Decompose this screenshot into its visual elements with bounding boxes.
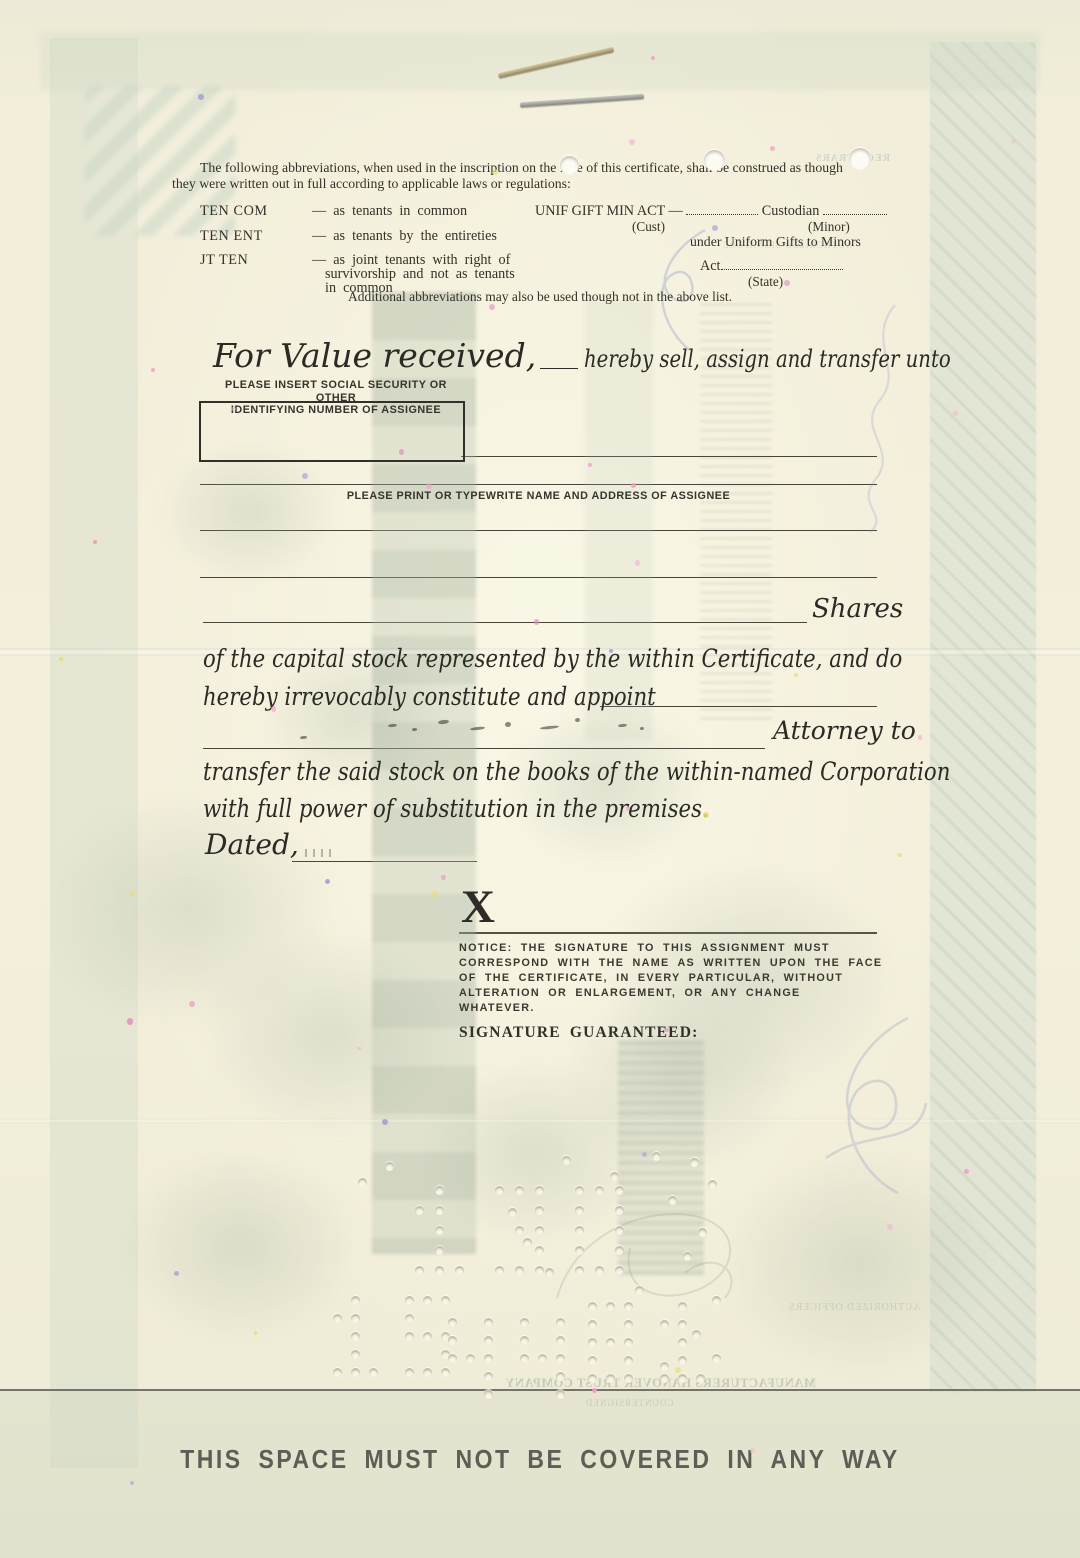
punch-hole xyxy=(405,1296,414,1305)
unif-cust-label: (Cust) xyxy=(632,219,665,235)
punch-hole xyxy=(495,1266,504,1275)
punch-hole xyxy=(698,1228,707,1237)
ink-smudge-speck xyxy=(412,728,417,731)
transfer-unto-text: hereby sell, assign and transfer unto xyxy=(584,345,951,373)
confetti-dot xyxy=(302,473,308,479)
stock-certificate-back: REGISTRARS AUTHORIZED SIGNATURE MANUFACT… xyxy=(0,0,1080,1558)
ghost-signature-lower-right xyxy=(808,1008,933,1203)
punch-hole xyxy=(575,1186,584,1195)
ink-smudge-speck xyxy=(505,722,511,728)
punch-hole xyxy=(351,1332,360,1341)
punch-hole xyxy=(588,1356,597,1365)
ghost-vignette-blob xyxy=(720,1150,1000,1374)
punch-hole xyxy=(556,1372,565,1381)
punch-hole xyxy=(556,1390,565,1399)
punch-hole xyxy=(520,1318,529,1327)
punch-hole xyxy=(455,1266,464,1275)
signature-fill-line xyxy=(459,932,877,934)
punch-hole xyxy=(624,1320,633,1329)
confetti-dot xyxy=(254,1331,258,1335)
punch-hole xyxy=(484,1354,493,1363)
punch-hole xyxy=(435,1266,444,1275)
attorney-to-word: Attorney to xyxy=(773,716,916,745)
punch-hole xyxy=(575,1246,584,1255)
confetti-dot xyxy=(642,1152,647,1157)
capital-stock-text: of the capital stock represented by the … xyxy=(203,644,902,673)
punch-hole xyxy=(606,1302,615,1311)
punch-hole xyxy=(606,1374,615,1383)
punch-hole xyxy=(678,1356,687,1365)
punch-hole xyxy=(535,1186,544,1195)
unif-under-label: under Uniform Gifts to Minors xyxy=(690,234,861,250)
punch-hole xyxy=(535,1266,544,1275)
punch-hole xyxy=(575,1206,584,1215)
attorney-to-text: Attorney to xyxy=(773,716,916,745)
confetti-dot xyxy=(534,619,540,625)
confetti-dot xyxy=(953,411,958,416)
punch-hole xyxy=(624,1356,633,1365)
punch-hole xyxy=(351,1296,360,1305)
punch-hole xyxy=(660,1374,669,1383)
footer-notice: THIS SPACE MUST NOT BE COVERED IN ANY WA… xyxy=(0,1444,1080,1474)
punch-hole xyxy=(678,1302,687,1311)
punch-hole xyxy=(441,1368,450,1377)
punch-hole xyxy=(435,1186,444,1195)
punch-hole xyxy=(448,1336,457,1345)
punch-hole xyxy=(624,1302,633,1311)
punch-hole xyxy=(448,1318,457,1327)
confetti-dot xyxy=(770,146,775,151)
punch-hole xyxy=(484,1390,493,1399)
ghost-block-lower xyxy=(618,1040,704,1275)
punch-hole xyxy=(484,1318,493,1327)
punch-hole xyxy=(704,150,725,171)
ink-smudge-speck xyxy=(388,724,397,728)
unif-act-row: Act xyxy=(700,258,843,275)
appoint-line: hereby irrevocably constitute and appoin… xyxy=(203,682,736,711)
confetti-dot xyxy=(664,1028,668,1032)
confetti-dot xyxy=(174,1271,179,1276)
ghost-vignette-blob xyxy=(40,790,340,1030)
abbrev-ten-com-def: — as tenants in common xyxy=(312,203,467,220)
unif-minor-label: (Minor) xyxy=(808,219,850,235)
punch-hole xyxy=(849,148,871,170)
confetti-dot xyxy=(750,1448,754,1452)
for-value-received-text: For Value received, xyxy=(213,336,536,375)
punch-hole xyxy=(435,1206,444,1215)
punch-hole xyxy=(560,156,579,175)
ink-smudge-speck xyxy=(540,725,559,730)
punch-hole xyxy=(351,1350,360,1359)
punch-hole xyxy=(535,1206,544,1215)
punch-hole xyxy=(690,1158,699,1167)
ghost-authorized-officers-text: AUTHORIZED OFFICERS xyxy=(788,1302,921,1313)
punch-hole xyxy=(535,1226,544,1235)
confetti-dot xyxy=(189,1001,195,1007)
ink-smudge-speck xyxy=(575,718,580,723)
abbrev-ten-ent: TEN ENT xyxy=(200,228,263,245)
punch-hole xyxy=(385,1162,394,1171)
punch-hole xyxy=(624,1374,633,1383)
confetti-dot xyxy=(231,407,236,412)
punch-hole xyxy=(678,1374,687,1383)
abbrev-jt-ten: JT TEN xyxy=(200,252,248,269)
punch-hole xyxy=(595,1186,604,1195)
fold-crease-2 xyxy=(0,1118,1080,1124)
punch-hole xyxy=(556,1354,565,1363)
ssn-entry-box xyxy=(199,401,465,462)
punch-hole xyxy=(508,1208,517,1217)
punch-hole xyxy=(423,1332,432,1341)
confetti-dot xyxy=(489,304,495,310)
punch-hole xyxy=(615,1266,624,1275)
confetti-dot xyxy=(426,483,432,489)
punch-hole xyxy=(520,1354,529,1363)
confetti-dot xyxy=(432,891,438,897)
punch-hole xyxy=(405,1332,414,1341)
punch-hole xyxy=(333,1368,342,1377)
staple-top xyxy=(498,47,614,78)
confetti-dot xyxy=(441,875,445,879)
attorney-fill-line xyxy=(203,748,765,749)
confetti-dot xyxy=(675,1367,681,1373)
ghost-vignette-blob xyxy=(200,930,460,1138)
unif-act-label: Act xyxy=(700,258,721,274)
staple-bottom xyxy=(520,94,644,107)
punch-hole xyxy=(615,1186,624,1195)
punch-hole xyxy=(423,1368,432,1377)
punch-hole xyxy=(708,1180,717,1189)
left-edge-ghost-border xyxy=(50,38,138,1468)
unif-gift-row: UNIF GIFT MIN ACT — Custodian xyxy=(535,203,887,220)
punch-hole xyxy=(495,1186,504,1195)
punch-hole xyxy=(369,1368,378,1377)
punch-hole xyxy=(545,1268,554,1277)
punch-hole xyxy=(588,1338,597,1347)
transfer-books-text: transfer the said stock on the books of … xyxy=(203,757,950,786)
punch-hole xyxy=(484,1336,493,1345)
dated-faint-marks xyxy=(305,849,331,857)
punch-hole xyxy=(562,1156,571,1165)
ink-smudge-speck xyxy=(438,719,449,724)
substitution-text: with full power of substitution in the p… xyxy=(203,794,709,823)
punch-hole xyxy=(575,1266,584,1275)
punch-hole xyxy=(423,1296,432,1305)
confetti-dot xyxy=(198,94,204,100)
right-edge-ghost-border xyxy=(930,42,1036,1392)
punch-hole xyxy=(538,1354,547,1363)
confetti-dot xyxy=(357,1047,361,1051)
punch-hole xyxy=(515,1226,524,1235)
shares-text: Shares xyxy=(812,594,903,624)
punch-hole xyxy=(660,1362,669,1371)
punch-hole xyxy=(535,1246,544,1255)
punch-hole xyxy=(712,1354,721,1363)
dated-text: Dated, xyxy=(205,828,299,861)
punch-hole xyxy=(635,1286,644,1295)
abbreviations-intro: The following abbreviations, when used i… xyxy=(172,160,912,192)
confetti-dot xyxy=(588,463,592,467)
punch-hole xyxy=(606,1338,615,1347)
signature-guaranteed-label: SIGNATURE GUARANTEED: xyxy=(459,1024,698,1042)
punch-hole xyxy=(588,1320,597,1329)
confetti-dot xyxy=(59,657,63,661)
ink-smudge-speck xyxy=(470,726,485,731)
confetti-dot xyxy=(382,1119,388,1125)
ink-smudge-speck xyxy=(618,724,627,728)
confetti-dot xyxy=(897,853,901,857)
punch-hole xyxy=(466,1354,475,1363)
punch-hole xyxy=(624,1338,633,1347)
substitution-line: with full power of substitution in the p… xyxy=(203,794,798,823)
confetti-dot xyxy=(325,879,330,884)
punch-hole xyxy=(588,1374,597,1383)
ghost-vignette-blob xyxy=(120,1150,360,1342)
punch-hole xyxy=(556,1336,565,1345)
confetti-dot xyxy=(918,735,923,740)
punch-hole xyxy=(415,1266,424,1275)
abbreviations-additional: Additional abbreviations may also be use… xyxy=(240,289,840,305)
dated-row: Dated, xyxy=(205,828,299,861)
unif-dotted-leader-1 xyxy=(686,204,758,215)
punch-hole xyxy=(441,1296,450,1305)
confetti-dot xyxy=(712,225,718,231)
punch-hole xyxy=(435,1246,444,1255)
transfer-books-line: transfer the said stock on the books of … xyxy=(203,757,1080,786)
fill-line-after-box xyxy=(461,456,877,457)
confetti-dot xyxy=(592,1388,597,1393)
recipient-gap-line xyxy=(540,358,578,369)
print-name-instruction: PLEASE PRINT OR TYPEWRITE NAME AND ADDRE… xyxy=(200,490,877,503)
abbrev-ten-com: TEN COM xyxy=(200,203,268,220)
abbreviations-intro-line2: they were written out in full according … xyxy=(172,176,912,192)
signature-x-mark: X xyxy=(461,884,495,930)
punch-hole xyxy=(610,1172,619,1181)
punch-hole xyxy=(678,1320,687,1329)
dated-fill-line xyxy=(292,861,477,862)
ink-smudge-speck xyxy=(640,727,644,730)
punch-hole xyxy=(333,1314,342,1323)
confetti-dot xyxy=(399,449,404,454)
punch-hole xyxy=(405,1314,414,1323)
punch-hole xyxy=(678,1338,687,1347)
punch-hole xyxy=(351,1314,360,1323)
confetti-dot xyxy=(130,1481,134,1485)
confetti-dot xyxy=(635,560,641,566)
punch-hole xyxy=(448,1354,457,1363)
shares-fill-line xyxy=(203,622,807,623)
confetti-dot xyxy=(887,1224,893,1230)
punch-hole xyxy=(405,1368,414,1377)
punch-hole xyxy=(556,1318,565,1327)
confetti-dot xyxy=(631,483,636,488)
unif-custodian-label: Custodian xyxy=(762,203,820,219)
punch-hole xyxy=(615,1246,624,1255)
abbreviations-intro-line1: The following abbreviations, when used i… xyxy=(172,160,912,176)
punch-hole xyxy=(520,1336,529,1345)
punch-hole xyxy=(515,1186,524,1195)
unif-dotted-leader-2 xyxy=(823,204,887,215)
punch-hole xyxy=(683,1252,692,1261)
punch-hole xyxy=(415,1206,424,1215)
ghost-vignette-blob xyxy=(420,1060,650,1244)
confetti-dot xyxy=(794,673,799,678)
confetti-dot xyxy=(651,56,655,60)
punch-hole xyxy=(712,1296,721,1305)
punch-hole xyxy=(435,1226,444,1235)
punch-hole xyxy=(523,1238,532,1247)
ghost-countersigned-text: COUNTERSIGNED xyxy=(585,1398,674,1408)
shares-word: Shares xyxy=(812,594,903,624)
punch-hole xyxy=(484,1372,493,1381)
punch-hole xyxy=(696,1374,705,1383)
punch-hole xyxy=(595,1266,604,1275)
confetti-dot xyxy=(492,169,498,175)
capital-stock-line: of the capital stock represented by the … xyxy=(203,644,1026,673)
fill-line-assignee-2 xyxy=(200,530,877,531)
unif-state-label: (State) xyxy=(748,274,783,290)
act-dotted-leader xyxy=(721,259,843,270)
for-value-row: For Value received, hereby sell, assign … xyxy=(213,336,1031,375)
punch-hole xyxy=(615,1226,624,1235)
punch-hole xyxy=(668,1196,677,1205)
punch-hole xyxy=(575,1226,584,1235)
punch-hole xyxy=(652,1152,661,1161)
confetti-dot xyxy=(93,540,97,544)
punch-hole xyxy=(660,1320,669,1329)
punch-hole xyxy=(351,1368,360,1377)
fill-line-assignee-1 xyxy=(200,484,877,485)
confetti-dot xyxy=(629,139,635,145)
confetti-dot xyxy=(784,280,790,286)
confetti-dot xyxy=(271,706,277,712)
punch-hole xyxy=(692,1330,701,1339)
unif-gift-label: UNIF GIFT MIN ACT — xyxy=(535,203,683,219)
punch-hole xyxy=(615,1206,624,1215)
bottom-separator-line xyxy=(0,1389,1080,1391)
confetti-dot xyxy=(127,1018,133,1024)
notice-paragraph: NOTICE: THE SIGNATURE TO THIS ASSIGNMENT… xyxy=(459,941,883,1016)
top-edge-ghost xyxy=(40,32,1040,90)
punch-hole xyxy=(358,1178,367,1187)
abbrev-ten-ent-def: — as tenants by the entireties xyxy=(312,228,497,245)
confetti-dot xyxy=(1011,139,1016,144)
fill-line-assignee-3 xyxy=(200,577,877,578)
punch-hole xyxy=(515,1266,524,1275)
confetti-dot xyxy=(151,368,155,372)
punch-hole xyxy=(588,1302,597,1311)
confetti-dot xyxy=(129,891,134,896)
ink-smudge-speck xyxy=(300,736,307,739)
confetti-dot xyxy=(964,1169,969,1174)
